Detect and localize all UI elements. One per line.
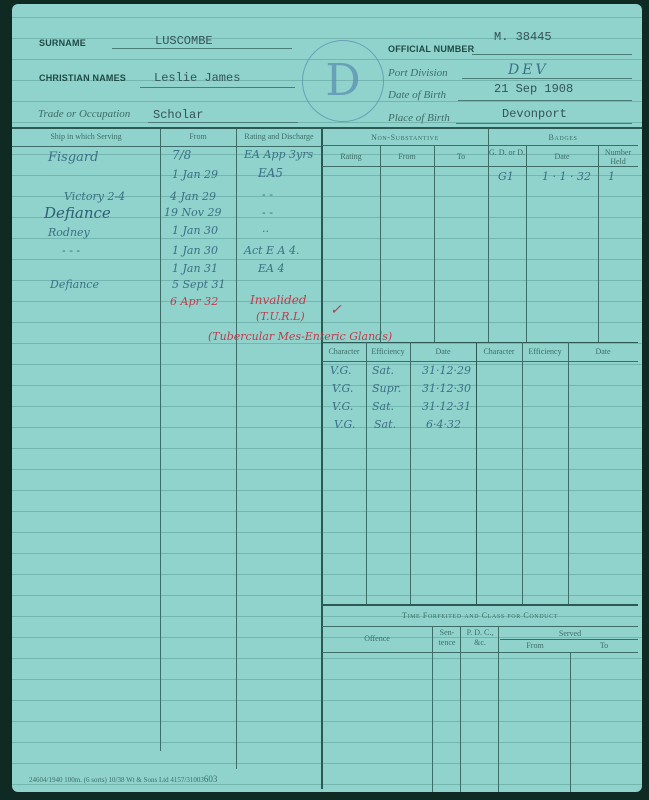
trade-label: Trade or Occupation — [38, 108, 130, 120]
tf-divider-4 — [570, 652, 571, 792]
col-header-from: From — [160, 132, 236, 141]
time-forfeited-top-border — [322, 604, 638, 606]
stamp-letter: D — [303, 55, 383, 106]
conduct-col-efficiency-2: Efficiency — [522, 347, 568, 356]
service-ship-0: Fisgard — [48, 150, 98, 165]
conduct-date-1: 31·12·30 — [422, 382, 471, 395]
time-forfeited-title: Time Forfeited and Class for Conduct — [322, 611, 638, 620]
service-from-5: 1 Jan 30 — [172, 244, 218, 257]
conduct-character-2: V.G. — [332, 400, 353, 413]
conduct-character-3: V.G. — [334, 418, 355, 431]
print-info: 24604/1940 100m. (6 sorts) 10/38 Wt & So… — [29, 774, 217, 784]
pob-underline — [456, 123, 632, 124]
conduct-col-character-2: Character — [476, 347, 522, 356]
print-info-text: 24604/1940 100m. (6 sorts) 10/38 Wt & So… — [29, 776, 204, 784]
conduct-col-character-1: Character — [322, 347, 366, 356]
surname-value: LUSCOMBE — [155, 34, 213, 48]
service-ship-3: Defiance — [44, 204, 111, 222]
conduct-efficiency-2: Sat. — [372, 400, 394, 413]
tf-col-served-from: From — [500, 641, 570, 650]
port-division-value: DEV — [508, 62, 549, 78]
service-from-7: 5 Sept 31 — [172, 278, 226, 291]
service-rating-4: .. — [262, 222, 269, 235]
badge-date-0: 1 · 1 · 32 — [542, 170, 591, 183]
conduct-date-0: 31·12·29 — [422, 364, 471, 377]
conduct-divider-2 — [410, 342, 411, 604]
ns-col-to: To — [434, 152, 488, 161]
badge-gd-0: G1 — [498, 170, 514, 183]
service-from-6: 1 Jan 31 — [172, 262, 218, 275]
badge-number-0: 1 — [608, 170, 615, 183]
service-rating-1: EA5 — [258, 166, 283, 180]
christian-names-label: CHRISTIAN NAMES — [39, 73, 126, 83]
conduct-character-0: V.G. — [330, 364, 351, 377]
service-rating-6: EA 4 — [258, 262, 284, 275]
conduct-col-date-1: Date — [410, 347, 476, 356]
ns-badges-title-underline — [322, 145, 638, 146]
conduct-date-2: 31·12·31 — [422, 400, 471, 413]
conduct-col-date-2: Date — [568, 347, 638, 356]
conduct-efficiency-1: Supr. — [372, 382, 401, 395]
conduct-divider-5 — [568, 342, 569, 604]
dob-underline — [458, 100, 632, 101]
check-mark-icon: ✓ — [330, 302, 342, 318]
christian-names-value: Leslie James — [154, 71, 240, 85]
non-substantive-title: Non-Substantive — [322, 133, 488, 142]
conduct-header-underline — [322, 361, 638, 362]
dob-value: 21 Sep 1908 — [494, 82, 573, 96]
badges-divider-1 — [526, 145, 527, 342]
service-from-0: 7/8 — [172, 148, 191, 162]
service-ship-4: Rodney — [48, 226, 90, 239]
tf-col-offence: Offence — [322, 634, 432, 643]
badges-col-date: Date — [526, 152, 598, 161]
service-record-card: SURNAME LUSCOMBE CHRISTIAN NAMES Leslie … — [12, 4, 642, 792]
service-ship-2: Victory 2-4 — [64, 190, 125, 203]
tf-divider-1 — [432, 626, 433, 792]
ns-col-rating: Rating — [322, 152, 380, 161]
surname-underline — [112, 48, 292, 49]
ns-col-from: From — [380, 152, 434, 161]
conduct-character-1: V.G. — [332, 382, 353, 395]
conduct-top-border — [322, 342, 638, 343]
port-division-label: Port Division — [388, 67, 448, 79]
col-header-ship: Ship in which Serving — [12, 132, 160, 141]
service-divider-main — [321, 129, 323, 789]
service-from-4: 1 Jan 30 — [172, 224, 218, 237]
header-divider — [12, 127, 642, 129]
page-number: 603 — [204, 774, 218, 784]
service-from-8: 6 Apr 32 — [170, 295, 218, 308]
conduct-divider-1 — [366, 342, 367, 604]
conduct-divider-4 — [522, 342, 523, 604]
pob-value: Devonport — [502, 107, 567, 121]
pob-label: Place of Birth — [388, 112, 450, 124]
trade-underline — [148, 122, 298, 123]
tf-col-pdc: P. D. C., &c. — [462, 628, 498, 648]
ns-divider-2 — [434, 145, 435, 342]
trade-value: Scholar — [153, 108, 203, 122]
tf-divider-2 — [460, 626, 461, 792]
division-stamp: D — [302, 40, 384, 122]
official-number-value: M. 38445 — [494, 30, 552, 44]
col-header-rating: Rating and Discharge — [236, 132, 322, 141]
tf-col-served-to: To — [570, 641, 638, 650]
service-rating-5: Act E A 4. — [244, 244, 299, 257]
ns-badges-divider — [488, 129, 489, 342]
tf-col-served: Served — [502, 629, 638, 638]
badges-divider-2 — [598, 145, 599, 342]
service-rating-3: - - — [262, 206, 273, 219]
service-from-1: 1 Jan 29 — [172, 168, 218, 181]
tf-divider-3 — [498, 626, 499, 792]
service-ship-5: - - - — [62, 244, 80, 257]
conduct-col-efficiency-1: Efficiency — [366, 347, 410, 356]
tf-col-sentence: Sen-tence — [434, 628, 460, 648]
tf-header-underline — [322, 652, 638, 653]
service-rating-8: Invalided — [250, 293, 307, 307]
service-divider-1 — [160, 129, 161, 751]
badges-col-gd: G. D. or D. — [488, 148, 526, 157]
ns-divider-1 — [380, 145, 381, 342]
ns-badges-header-underline — [322, 166, 638, 167]
service-divider-2 — [236, 129, 237, 769]
tf-served-underline — [500, 639, 638, 640]
dob-label: Date of Birth — [388, 89, 446, 101]
conduct-divider-3 — [476, 342, 477, 604]
conduct-efficiency-3: Sat. — [374, 418, 396, 431]
service-rating-0: EA App 3yrs — [244, 148, 313, 161]
conduct-efficiency-0: Sat. — [372, 364, 394, 377]
time-forfeited-title-underline — [322, 626, 638, 627]
service-rating-2: - - — [262, 188, 273, 201]
service-from-2: 4 Jan 29 — [170, 190, 216, 203]
port-division-underline — [462, 78, 632, 79]
service-ship-7: Defiance — [50, 278, 99, 291]
official-number-underline — [472, 54, 632, 55]
service-header-underline — [12, 146, 322, 147]
badges-title: Badges — [488, 133, 638, 142]
surname-label: SURNAME — [39, 38, 86, 48]
conduct-date-3: 6·4·32 — [426, 418, 461, 431]
service-from-3: 19 Nov 29 — [164, 206, 221, 219]
badges-col-number: Number Held — [598, 148, 638, 166]
official-number-label: OFFICIAL NUMBER — [388, 44, 474, 54]
invalided-note-1: (T.U.R.L) — [256, 310, 305, 323]
christian-names-underline — [140, 87, 295, 88]
